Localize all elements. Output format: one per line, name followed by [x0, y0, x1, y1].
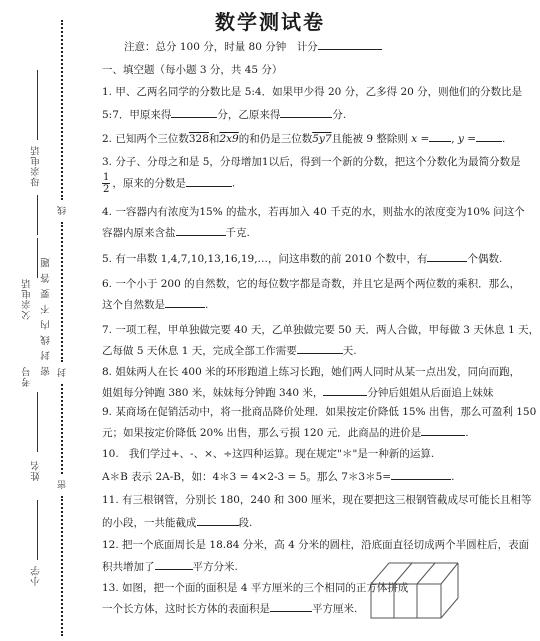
question-5: 5. 有一串数 1,4,7,10,13,16,19,…，问这串数的前 2010 …: [102, 250, 502, 266]
question-text: 乙每做 5 天休息 1 天，完成全部工作需要: [102, 345, 297, 357]
question-number: 13.: [102, 582, 119, 594]
question-number: 8.: [102, 366, 112, 378]
score-blank[interactable]: [318, 38, 382, 50]
question-10: 10. 我们学过+、-、×、÷这四种运算。现在规定"＊"是一种新的运算.: [102, 446, 434, 461]
question-7: 7. 一项工程，甲单独做完要 40 天，乙单独做完要 50 天．两人合做，甲每做…: [102, 322, 539, 337]
question-text: 这个自然数是: [102, 299, 165, 311]
question-text: 一个长方体，这时长方体的表面积是: [102, 603, 270, 615]
question-text: .: [232, 178, 235, 190]
mother-phone-field[interactable]: [37, 70, 38, 140]
seal-dotted-line-lower: [61, 384, 63, 474]
question-text: 把一个底面周长是 18.84 分米，高 4 分米的圆柱，沿底面直径切成两个半圆柱…: [122, 539, 529, 551]
question-text: 个偶数.: [467, 253, 502, 265]
question-text: 已知两个三位数: [115, 133, 189, 145]
question-number: 2.: [102, 133, 112, 145]
father-phone-label: 父亲电话: [21, 278, 35, 320]
question-number: 7.: [102, 324, 112, 336]
overlined-number: 2x9: [219, 133, 238, 145]
question-text: .: [451, 471, 454, 483]
three-cubes-figure: [360, 555, 540, 641]
question-1: 1. 甲、乙两名同学的分数比是 5:4．如果甲少得 20 分，乙多得 20 分，…: [102, 84, 522, 99]
mother-phone-label: 母亲电话: [30, 145, 44, 187]
question-11-line2: 的小段，一共能截成段.: [102, 514, 252, 530]
question-7-line2: 乙每做 5 天休息 1 天，完成全部工作需要天.: [102, 342, 357, 358]
seal-dotted-line-mid: [61, 222, 63, 362]
question-text: 分子、分母之和是 5，分母增加1以后，得到一个新的分数，把这个分数化为最简分数是: [115, 156, 520, 168]
question-text: .: [205, 299, 208, 311]
exam-page: 线 封 密 密封线内不要答题 母亲电话 父亲电话 考号 姓名 小学 数学测试卷 …: [0, 0, 540, 641]
question-2: 2. 已知两个三位数328和2x9的和仍是三位数5y7且能被 9 整除则 x =…: [102, 130, 505, 146]
question-text: 姐妹两人在长 400 米的环形跑道上练习长跑，她们两人同时从某一点出发，同向而跑…: [115, 366, 520, 378]
father-phone-field[interactable]: [37, 238, 38, 278]
seal-dotted-line-top: [61, 20, 63, 200]
fraction-denominator: 2: [102, 184, 110, 195]
question-3: 3. 分子、分母之和是 5，分母增加1以后，得到一个新的分数，把这个分数化为最简…: [102, 154, 521, 169]
question-number: 4.: [102, 206, 112, 218]
question-text: 千克.: [226, 227, 250, 239]
question-4-line2: 容器内原来含盐千克.: [102, 224, 250, 240]
question-text: 平方分米.: [193, 561, 238, 573]
exam-notice: 注意：总分 100 分，时量 80 分钟 计分: [124, 38, 382, 54]
question-text: 一个小于 200 的自然数，它的每位数字都是奇数，并且它是两个两位数的乘积．那么…: [115, 278, 520, 290]
question-text: 且能被 9 整除则: [332, 133, 408, 145]
question-number: 1.: [102, 86, 112, 98]
answer-blank-9[interactable]: [421, 424, 465, 436]
question-text: 积共增加了: [102, 561, 155, 573]
question-6-line2: 这个自然数是.: [102, 296, 208, 312]
question-text: 元；如果按定价降低 20% 出售，那么亏损 120 元．此商品的进价是: [102, 427, 421, 439]
seal-char-seal: 封: [56, 368, 69, 377]
answer-blank-4[interactable]: [176, 224, 226, 236]
question-text: 天.: [343, 345, 357, 357]
overlined-number: 328: [189, 133, 209, 145]
answer-blank-5[interactable]: [427, 250, 467, 262]
answer-blank-3[interactable]: [186, 175, 232, 187]
answer-blank-2y[interactable]: [476, 130, 502, 142]
answer-blank-12[interactable]: [155, 558, 193, 570]
question-text: 一项工程，甲单独做完要 40 天，乙单独做完要 50 天．两人合做，甲每做 3 …: [115, 324, 539, 336]
question-number: 11.: [102, 494, 119, 506]
name-field[interactable]: [37, 500, 38, 560]
question-text: 姐姐每分钟跑 380 米，妹妹每分钟跑 340 米，: [102, 387, 323, 399]
answer-blank-11[interactable]: [197, 514, 239, 526]
question-text: ，原来的分数是: [112, 178, 186, 190]
answer-blank-8[interactable]: [323, 384, 367, 396]
question-10-line2: A＊B 表示 2A-B，如：4＊3 = 4×2-3 = 5。那么 7＊3＊5=.: [102, 468, 454, 484]
fraction-numerator: 1: [102, 172, 110, 184]
seal-char-secret: 密: [56, 480, 69, 489]
answer-blank-6[interactable]: [165, 296, 205, 308]
exam-number-label: 考号: [21, 366, 35, 387]
question-text: 容器内原来含盐: [102, 227, 176, 239]
question-text: 平方厘米.: [312, 603, 357, 615]
question-9-line2: 元；如果按定价降低 20% 出售，那么亏损 120 元．此商品的进价是.: [102, 424, 469, 440]
question-1-line2: 5:7．甲原来得分，乙原来得分.: [102, 106, 346, 122]
question-number: 6.: [102, 278, 112, 290]
question-number: 12.: [102, 539, 119, 551]
seal-warning: 密封线内不要答题: [40, 252, 54, 376]
question-12-line2: 积共增加了平方分米.: [102, 558, 238, 574]
question-text: 甲、乙两名同学的分数比是 5:4．如果甲少得 20 分，乙多得 20 分，则他们…: [115, 86, 522, 98]
seal-dotted-line-bottom: [61, 496, 63, 636]
question-11: 11. 有三根钢管，分别长 180，240 和 300 厘米，现在要把这三根钢管…: [102, 492, 532, 507]
question-text: .: [502, 133, 505, 145]
section-heading: 一、填空题（每小题 3 分，共 45 分）: [102, 62, 282, 77]
answer-blank-10[interactable]: [391, 468, 451, 480]
question-8: 8. 姐妹两人在长 400 米的环形跑道上练习长跑，她们两人同时从某一点出发，同…: [102, 364, 520, 379]
name-label: 姓名: [30, 460, 44, 481]
seal-char-line: 线: [56, 206, 69, 215]
question-text: 的小段，一共能截成: [102, 517, 197, 529]
question-text: 分.: [332, 109, 346, 121]
question-8-line2: 姐姐每分钟跑 380 米，妹妹每分钟跑 340 米，分钟后姐姐从后面追上妹妹: [102, 384, 493, 400]
question-text: 段.: [239, 517, 253, 529]
question-text: 的和仍是三位数: [239, 133, 313, 145]
question-text: 某商场在促销活动中，将一批商品降价处理．如果按定价降低 15% 出售，那么可盈利…: [115, 406, 536, 418]
notice-text: 注意：总分 100 分，时量 80 分钟 计分: [124, 41, 318, 53]
fraction-one-half: 12: [102, 172, 110, 195]
question-text: 一容器内有浓度为15% 的盐水，若再加入 40 千克的水，则盐水的浓度变为10%…: [115, 206, 524, 218]
x-label: x =: [411, 133, 429, 145]
question-4: 4. 一容器内有浓度为15% 的盐水，若再加入 40 千克的水，则盐水的浓度变为…: [102, 204, 525, 219]
answer-blank-1a[interactable]: [171, 106, 217, 118]
question-12: 12. 把一个底面周长是 18.84 分米，高 4 分米的圆柱，沿底面直径切成两…: [102, 537, 529, 552]
question-text: 我们学过+、-、×、÷这四种运算。现在规定"＊"是一种新的运算.: [129, 448, 434, 460]
school-label: 小学: [30, 565, 44, 586]
question-text: .: [465, 427, 468, 439]
question-9: 9. 某商场在促销活动中，将一批商品降价处理．如果按定价降低 15% 出售，那么…: [102, 404, 536, 419]
question-number: 9.: [102, 406, 112, 418]
name-field-top: [37, 420, 38, 450]
mother-phone-line-tail: [37, 195, 38, 235]
question-text: 有一串数 1,4,7,10,13,16,19,…，问这串数的前 2010 个数中…: [115, 253, 427, 265]
answer-blank-2x[interactable]: [429, 130, 451, 142]
question-text: 5:7．甲原来得: [102, 109, 171, 121]
front-face: [371, 584, 441, 618]
question-number: 10.: [102, 448, 119, 460]
page-title: 数学测试卷: [0, 6, 540, 35]
question-text: 分，乙原来得: [217, 109, 280, 121]
question-number: 5.: [102, 253, 112, 265]
answer-blank-13[interactable]: [270, 600, 312, 612]
question-text: A＊B 表示 2A-B，如：4＊3 = 4×2-3 = 5。那么 7＊3＊5=: [102, 471, 391, 483]
question-text: 有三根钢管，分别长 180，240 和 300 厘米，现在要把这三根钢管截成尽可…: [122, 494, 531, 506]
question-text: 和: [209, 133, 220, 145]
answer-blank-7[interactable]: [297, 342, 343, 354]
answer-blank-1b[interactable]: [280, 106, 332, 118]
question-number: 3.: [102, 156, 112, 168]
question-3-line2: 12，原来的分数是.: [102, 172, 235, 195]
question-13-line2: 一个长方体，这时长方体的表面积是平方厘米.: [102, 600, 357, 616]
overlined-number: 5y7: [312, 133, 331, 145]
question-text: 分钟后姐姐从后面追上妹妹: [367, 387, 493, 399]
question-6: 6. 一个小于 200 的自然数，它的每位数字都是奇数，并且它是两个两位数的乘积…: [102, 276, 520, 291]
y-label: y =: [458, 133, 476, 145]
